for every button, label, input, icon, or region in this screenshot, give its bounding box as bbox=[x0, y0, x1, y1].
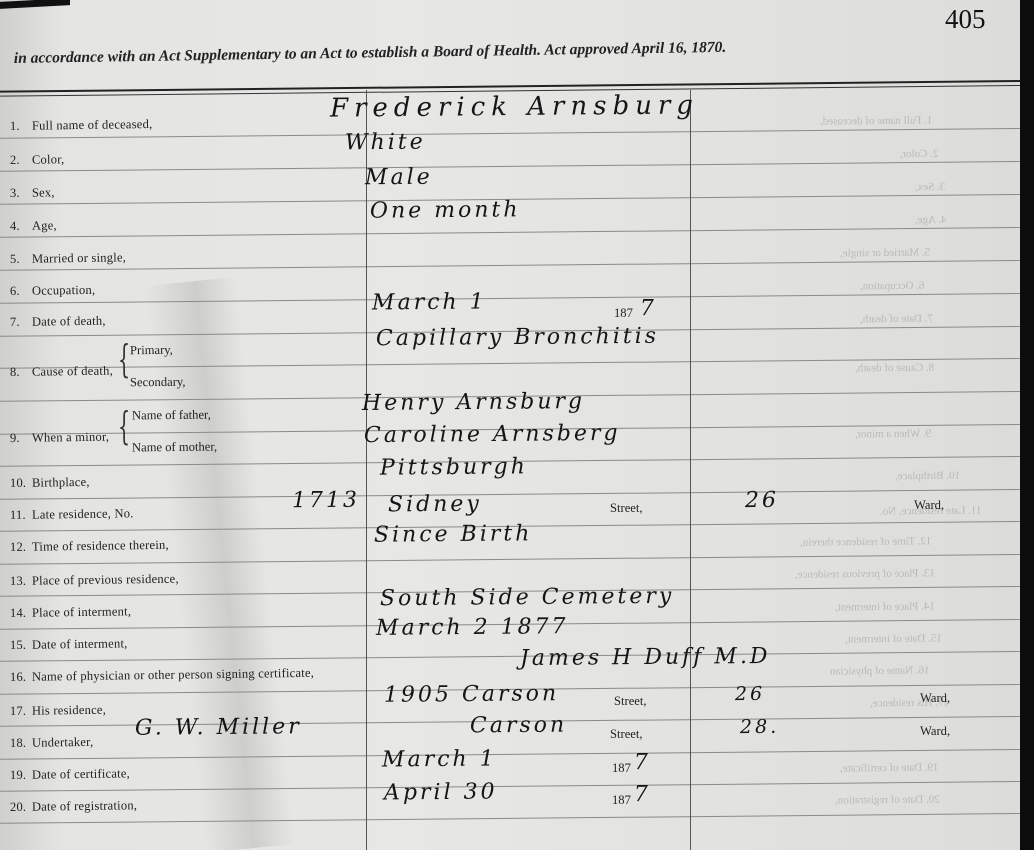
entry-age: One month bbox=[370, 197, 521, 223]
label-age: 4.Age, bbox=[10, 218, 57, 234]
bleed-through-text: 9. When a minor, bbox=[855, 428, 931, 441]
entry-date-of-certificate: March 1 bbox=[382, 747, 497, 773]
bleed-through-text: 10. Birthplace, bbox=[895, 470, 960, 483]
label-mother: Name of mother, bbox=[132, 440, 217, 456]
label-sex: 3.Sex, bbox=[10, 185, 55, 201]
label-primary: Primary, bbox=[130, 343, 173, 358]
entry-ward: 26 bbox=[745, 488, 779, 513]
entry-father: Henry Arnsburg bbox=[362, 389, 585, 416]
ward-label: Ward, bbox=[920, 724, 950, 739]
bleed-through-text: 7. Date of death, bbox=[860, 313, 933, 326]
ward-label: Ward, bbox=[914, 498, 944, 513]
label-date-of-death: 7.Date of death, bbox=[10, 314, 106, 330]
entry-date-of-interment: March 2 1877 bbox=[376, 614, 569, 641]
year-prefix: 187 bbox=[612, 761, 631, 776]
bleed-through-text: 1. Full name of deceased, bbox=[820, 114, 933, 127]
entry-full-name: Frederick Arnsburg bbox=[330, 90, 699, 123]
entry-undertaker-street: Carson bbox=[470, 713, 567, 739]
page-number: 405 bbox=[945, 4, 986, 35]
label-late-residence: 11.Late residence, No. bbox=[10, 506, 134, 523]
binding-edge bbox=[1020, 0, 1034, 850]
entry-date-of-registration: April 30 bbox=[384, 780, 498, 806]
column-divider bbox=[690, 90, 691, 850]
act-header: in accordance with an Act Supplementary … bbox=[14, 39, 727, 68]
bleed-through-text: 19. Date of certificate, bbox=[840, 761, 939, 774]
bleed-through-text: 20. Date of registration, bbox=[835, 793, 940, 806]
column-divider bbox=[366, 90, 367, 850]
entry-year-digit: 7 bbox=[634, 782, 651, 807]
bleed-through-text: 2. Color, bbox=[900, 148, 938, 160]
bleed-through-text: 4. Age, bbox=[915, 214, 947, 226]
bleed-through-text: 3. Sex, bbox=[915, 181, 945, 193]
label-date-of-registration: 20.Date of registration, bbox=[10, 798, 137, 815]
entry-mother: Caroline Arnsberg bbox=[364, 421, 621, 448]
year-prefix: 187 bbox=[614, 306, 633, 321]
entry-birthplace: Pittsburgh bbox=[380, 454, 528, 480]
row-rule bbox=[0, 227, 1020, 238]
row-rule bbox=[0, 161, 1020, 172]
street-label: Street, bbox=[610, 501, 643, 516]
entry-time-of-residence: Since Birth bbox=[374, 521, 533, 547]
row-rule bbox=[0, 813, 1020, 824]
row-rule bbox=[0, 554, 1020, 565]
row-rule bbox=[0, 749, 1020, 760]
label-cause-of-death: 8.Cause of death, bbox=[10, 364, 113, 380]
entry-place-of-interment: South Side Cemetery bbox=[380, 584, 674, 612]
row-rule bbox=[0, 260, 1020, 271]
bleed-through-text: 6. Occupation, bbox=[860, 280, 925, 293]
label-birthplace: 10.Birthplace, bbox=[10, 475, 90, 491]
bleed-through-text: 5. Married or single, bbox=[840, 247, 930, 260]
ward-label: Ward, bbox=[920, 691, 950, 706]
label-occupation: 6.Occupation, bbox=[10, 283, 96, 299]
entry-street: Sidney bbox=[388, 492, 482, 518]
entry-color: White bbox=[345, 130, 426, 156]
label-previous-residence: 13.Place of previous residence, bbox=[10, 572, 179, 589]
entry-house-number: 1713 bbox=[292, 488, 360, 514]
bleed-through-text: 16. Name of physician bbox=[830, 664, 930, 677]
label-married: 5.Married or single, bbox=[10, 250, 126, 267]
label-his-residence: 17.His residence, bbox=[10, 703, 106, 719]
brace: { bbox=[118, 407, 130, 445]
entry-sex: Male bbox=[365, 165, 433, 191]
bleed-through-text: 14. Place of interment, bbox=[835, 600, 935, 613]
label-time-of-residence: 12.Time of residence therein, bbox=[10, 538, 169, 555]
entry-his-residence: 1905 Carson bbox=[384, 681, 559, 708]
row-rule bbox=[0, 128, 1020, 139]
label-date-of-interment: 15.Date of interment, bbox=[10, 636, 128, 653]
bleed-through-text: 8. Cause of death, bbox=[855, 362, 934, 375]
entry-physician: James H Duff M.D bbox=[520, 644, 771, 671]
bleed-through-text: 13. Place of previous residence, bbox=[795, 567, 935, 580]
label-full-name: 1.Full name of deceased, bbox=[10, 117, 153, 134]
entry-his-ward: 26 bbox=[735, 683, 765, 705]
bleed-through-text: 15. Date of interment, bbox=[845, 632, 942, 645]
entry-year-digit: 7 bbox=[634, 750, 651, 775]
bleed-through-text: 12. Time of residence therein, bbox=[800, 535, 931, 548]
entry-date-of-death: March 1 bbox=[372, 290, 487, 316]
label-color: 2.Color, bbox=[10, 152, 65, 168]
ink-smudge bbox=[145, 277, 294, 850]
entry-cause-primary: Capillary Bronchitis bbox=[376, 324, 659, 351]
entry-year-digit: 7 bbox=[640, 296, 657, 321]
row-rule bbox=[0, 651, 1020, 662]
year-prefix: 187 bbox=[612, 793, 631, 808]
label-undertaker: 18.Undertaker, bbox=[10, 735, 94, 751]
row-rule bbox=[0, 781, 1020, 792]
label-secondary: Secondary, bbox=[130, 375, 186, 391]
brace: { bbox=[118, 340, 130, 378]
label-place-of-interment: 14.Place of interment, bbox=[10, 604, 131, 621]
street-label: Street, bbox=[610, 727, 643, 742]
register-page: 405 in accordance with an Act Supplement… bbox=[0, 0, 1020, 850]
entry-undertaker-name: G. W. Miller bbox=[135, 714, 302, 740]
label-father: Name of father, bbox=[132, 408, 211, 424]
entry-undertaker-ward: 28. bbox=[740, 716, 779, 738]
row-rule bbox=[0, 489, 1020, 500]
label-date-of-certificate: 19.Date of certificate, bbox=[10, 766, 130, 783]
label-when-minor: 9.When a minor, bbox=[10, 430, 109, 446]
street-label: Street, bbox=[614, 694, 647, 709]
page-corner-shadow bbox=[0, 0, 70, 9]
